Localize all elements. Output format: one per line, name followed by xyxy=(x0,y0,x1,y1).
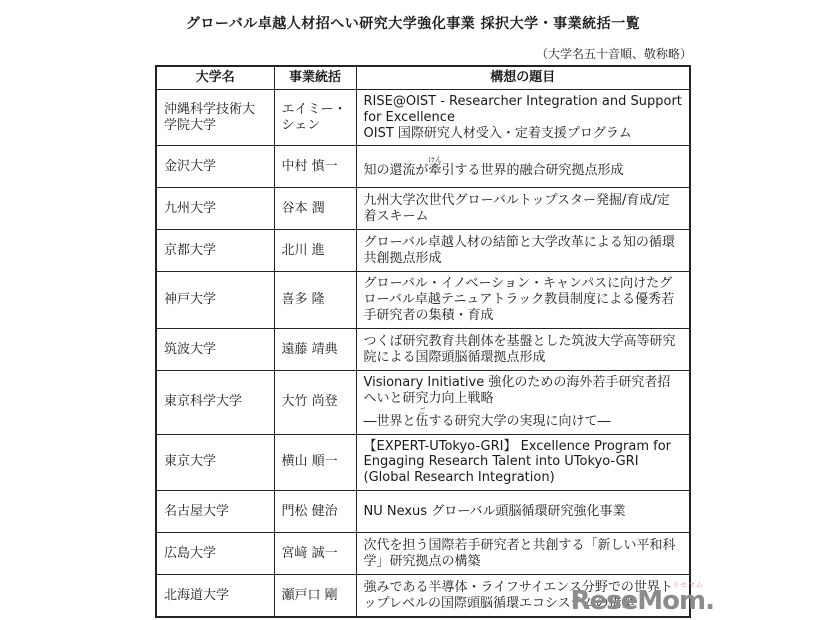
university-cell: 東京大学 xyxy=(156,434,274,491)
project-title-line: Visionary Initiative 強化のための海外若手研究者招へいと研究… xyxy=(364,375,683,407)
resemom-logo: リセマム ReseMom. xyxy=(571,588,714,614)
project-title-line: ―世界と伍ごする研究大学の実現に向けて― xyxy=(364,407,683,430)
university-cell: 金沢大学 xyxy=(156,146,274,188)
col-header-university: 大学名 xyxy=(156,66,274,89)
director-cell: 宮﨑 誠一 xyxy=(274,533,356,575)
table-body: 沖縄科学技術大学院大学エイミー・シェンRISE@OIST - Researche… xyxy=(156,89,690,617)
table-row: 九州大学谷本 潤九州大学次世代グローバルトップスター発掘/育成/定着スキーム xyxy=(156,188,690,230)
project-title-line: 次代を担う国際若手研究者と共創する「新しい平和科学」研究拠点の構築 xyxy=(364,538,683,570)
university-cell: 東京科学大学 xyxy=(156,371,274,435)
university-cell: 筑波大学 xyxy=(156,329,274,371)
university-cell: 沖縄科学技術大学院大学 xyxy=(156,89,274,146)
logo-furigana: リセマム xyxy=(672,582,704,589)
director-cell: 門松 健治 xyxy=(274,491,356,533)
document-title: グローバル卓越人材招へい研究大学強化事業 採択大学・事業統括一覧 xyxy=(0,0,826,33)
project-title-cell: 九州大学次世代グローバルトップスター発掘/育成/定着スキーム xyxy=(356,188,690,230)
project-title-cell: 【EXPERT-UTokyo-GRI】 Excellence Program f… xyxy=(356,434,690,491)
project-title-line: 知の還流が牽けん引する世界的融合研究拠点形成 xyxy=(364,156,683,179)
university-cell: 京都大学 xyxy=(156,230,274,272)
col-header-project-title: 構想の題目 xyxy=(356,66,690,89)
project-title-line: OIST 国際研究人材受入・定着支援プログラム xyxy=(364,126,683,142)
table-header: 大学名 事業統括 構想の題目 xyxy=(156,66,690,89)
project-title-cell: グローバル・イノベーション・キャンパスに向けたグローバル卓越テニュアトラック教員… xyxy=(356,272,690,329)
director-cell: 谷本 潤 xyxy=(274,188,356,230)
table-row: 沖縄科学技術大学院大学エイミー・シェンRISE@OIST - Researche… xyxy=(156,89,690,146)
project-title-line: グローバル卓越人材の結節と大学改革による知の循環共創拠点形成 xyxy=(364,235,683,267)
logo-text: ReseMom. xyxy=(571,586,714,616)
table-row: 広島大学宮﨑 誠一次代を担う国際若手研究者と共創する「新しい平和科学」研究拠点の… xyxy=(156,533,690,575)
project-title-cell: NU Nexus グローバル頭脳循環研究強化事業 xyxy=(356,491,690,533)
table-row: 東京大学横山 順一【EXPERT-UTokyo-GRI】 Excellence … xyxy=(156,434,690,491)
project-title-line: 九州大学次世代グローバルトップスター発掘/育成/定着スキーム xyxy=(364,193,683,225)
universities-table: 大学名 事業統括 構想の題目 沖縄科学技術大学院大学エイミー・シェンRISE@O… xyxy=(155,65,691,618)
university-cell: 北海道大学 xyxy=(156,575,274,618)
university-cell: 広島大学 xyxy=(156,533,274,575)
project-title-cell: 次代を担う国際若手研究者と共創する「新しい平和科学」研究拠点の構築 xyxy=(356,533,690,575)
col-header-director: 事業統括 xyxy=(274,66,356,89)
sort-order-note: （大学名五十音順、敬称略） xyxy=(0,45,692,62)
project-title-line: 【EXPERT-UTokyo-GRI】 Excellence Program f… xyxy=(364,439,683,487)
project-title-line: グローバル・イノベーション・キャンパスに向けたグローバル卓越テニュアトラック教員… xyxy=(364,276,683,324)
university-cell: 名古屋大学 xyxy=(156,491,274,533)
header-row: 大学名 事業統括 構想の題目 xyxy=(156,66,690,89)
university-cell: 九州大学 xyxy=(156,188,274,230)
director-cell: 遠藤 靖典 xyxy=(274,329,356,371)
director-cell: 北川 進 xyxy=(274,230,356,272)
table-row: 名古屋大学門松 健治NU Nexus グローバル頭脳循環研究強化事業 xyxy=(156,491,690,533)
director-cell: 横山 順一 xyxy=(274,434,356,491)
table-row: 京都大学北川 進グローバル卓越人材の結節と大学改革による知の循環共創拠点形成 xyxy=(156,230,690,272)
project-title-cell: グローバル卓越人材の結節と大学改革による知の循環共創拠点形成 xyxy=(356,230,690,272)
project-title-cell: 知の還流が牽けん引する世界的融合研究拠点形成 xyxy=(356,146,690,188)
university-cell: 神戸大学 xyxy=(156,272,274,329)
director-cell: エイミー・シェン xyxy=(274,89,356,146)
project-title-line: NU Nexus グローバル頭脳循環研究強化事業 xyxy=(364,504,683,520)
project-title-cell: Visionary Initiative 強化のための海外若手研究者招へいと研究… xyxy=(356,371,690,435)
project-title-cell: RISE@OIST - Researcher Integration and S… xyxy=(356,89,690,146)
director-cell: 瀬戸口 剛 xyxy=(274,575,356,618)
director-cell: 大竹 尚登 xyxy=(274,371,356,435)
director-cell: 中村 慎一 xyxy=(274,146,356,188)
project-title-cell: つくば研究教育共創体を基盤とした筑波大学高等研究院による国際頭脳循環拠点形成 xyxy=(356,329,690,371)
project-title-line: RISE@OIST - Researcher Integration and S… xyxy=(364,94,683,126)
project-title-line: つくば研究教育共創体を基盤とした筑波大学高等研究院による国際頭脳循環拠点形成 xyxy=(364,334,683,366)
table-row: 筑波大学遠藤 靖典つくば研究教育共創体を基盤とした筑波大学高等研究院による国際頭… xyxy=(156,329,690,371)
table-row: 東京科学大学大竹 尚登Visionary Initiative 強化のための海外… xyxy=(156,371,690,435)
table-row: 神戸大学喜多 隆グローバル・イノベーション・キャンパスに向けたグローバル卓越テニ… xyxy=(156,272,690,329)
director-cell: 喜多 隆 xyxy=(274,272,356,329)
table-row: 金沢大学中村 慎一知の還流が牽けん引する世界的融合研究拠点形成 xyxy=(156,146,690,188)
